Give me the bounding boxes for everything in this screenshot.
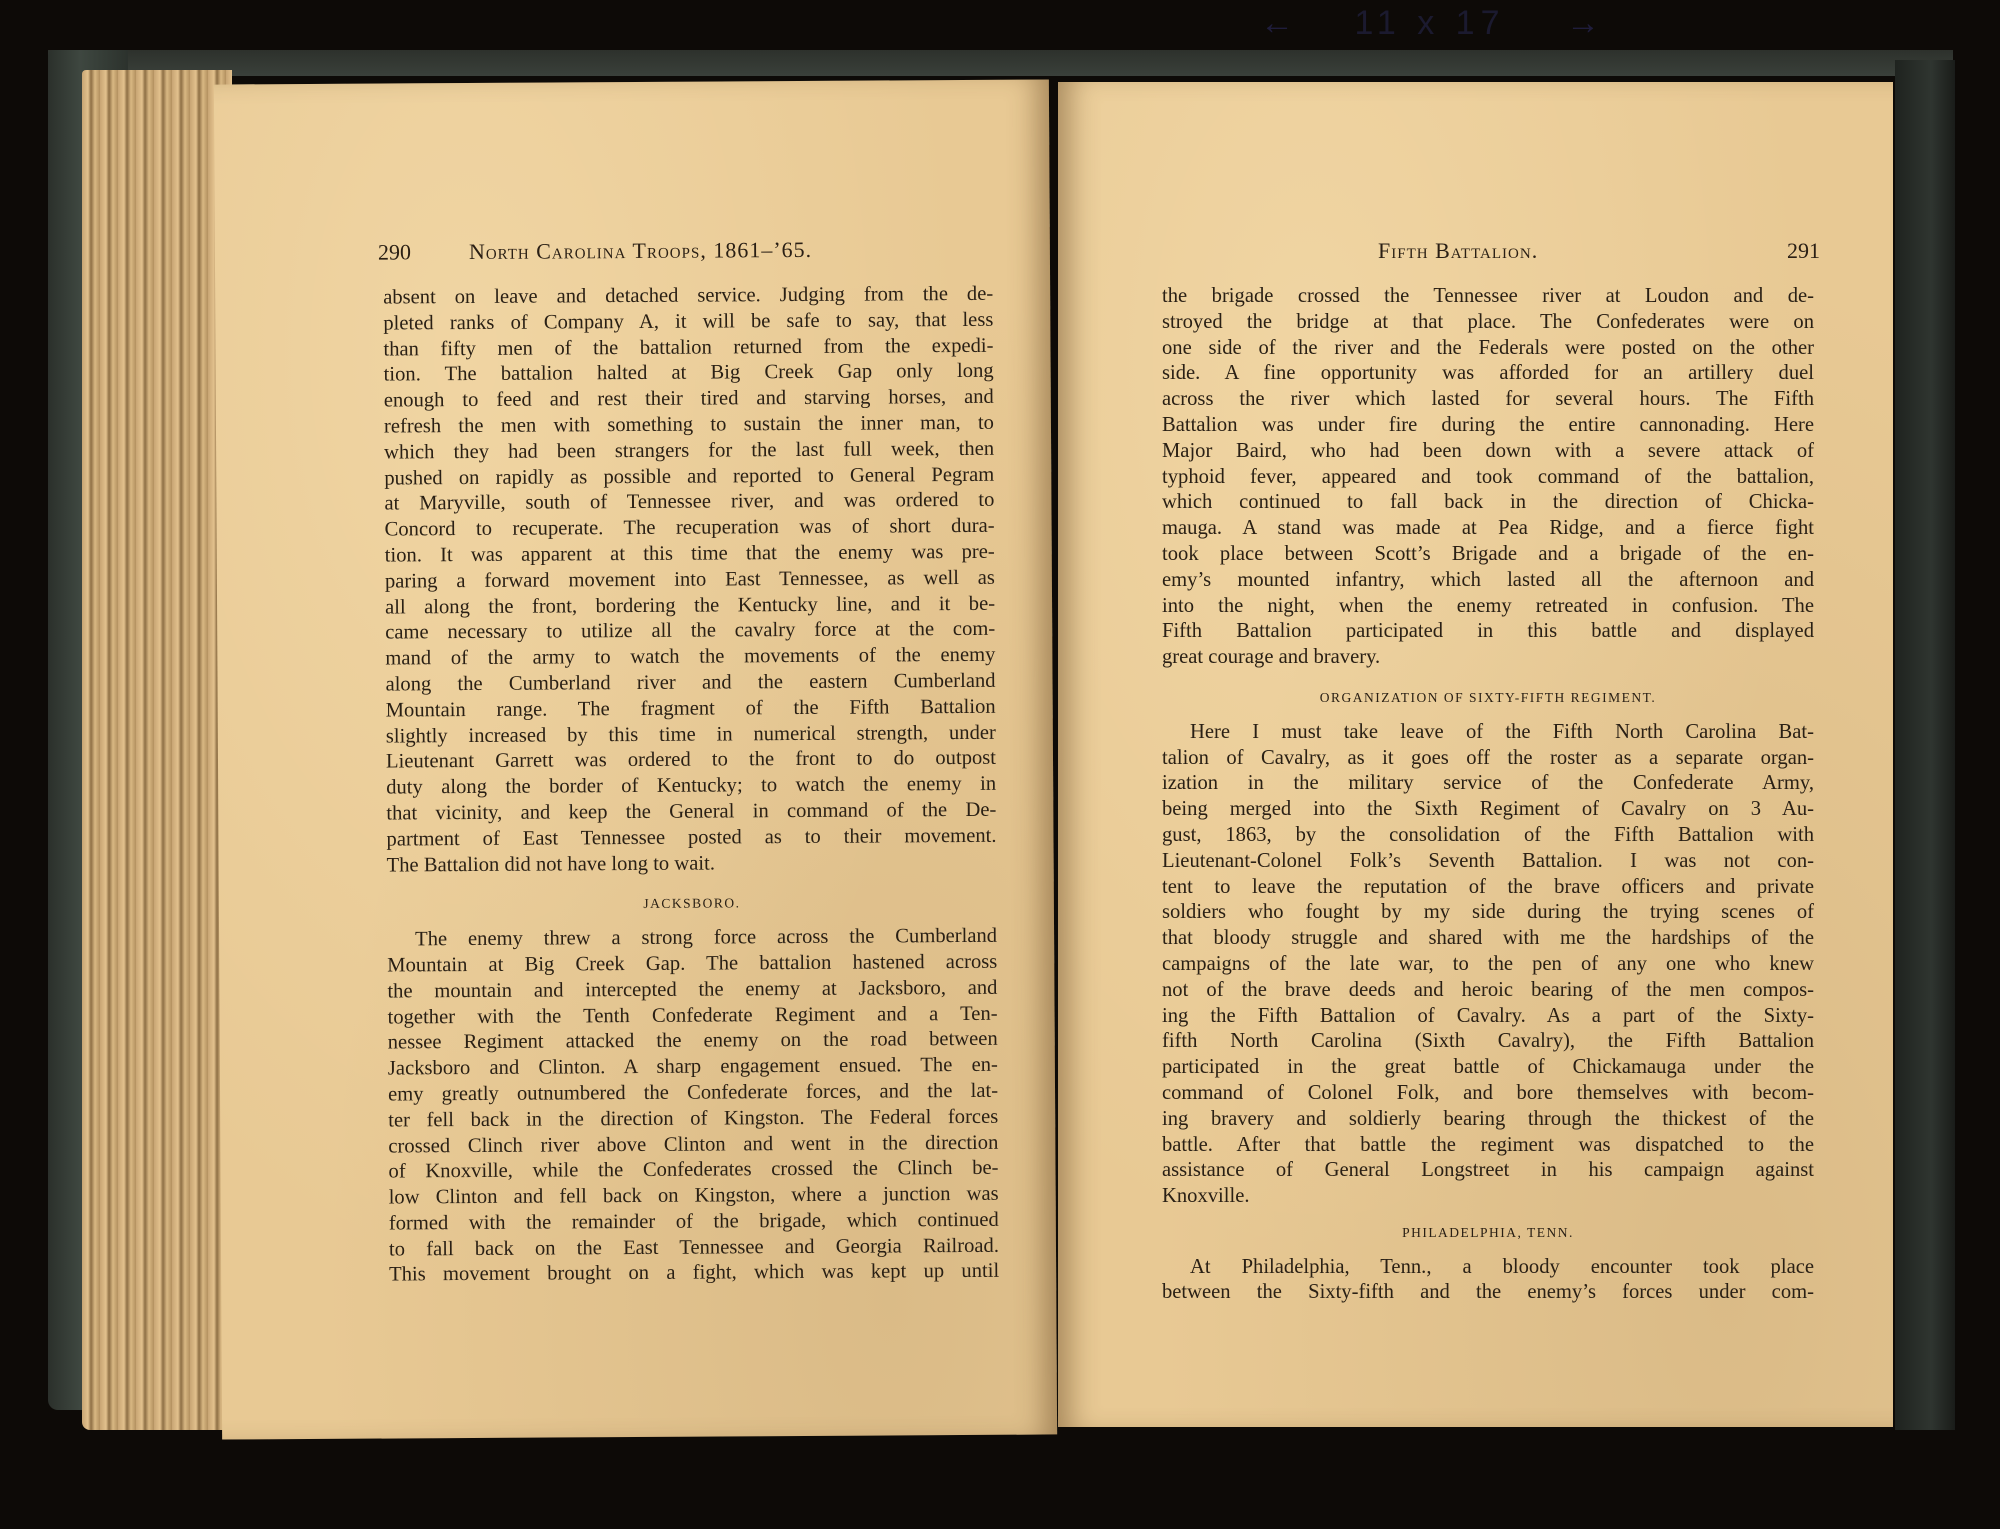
text-line: The Battalion did not have long to wait. — [387, 849, 997, 879]
text-line: the mountain and intercepted the enemy a… — [387, 976, 997, 1006]
text-line: emy’s mounted infantry, which lasted all… — [1162, 568, 1814, 594]
text-line: being merged into the Sixth Regiment of … — [1162, 797, 1814, 823]
text-line: that bloody struggle and shared with me … — [1162, 926, 1814, 952]
text-line: paring a forward movement into East Tenn… — [385, 566, 995, 596]
text-line: to fall back on the East Tennessee and G… — [389, 1233, 999, 1263]
next-arrow-icon[interactable]: → — [1566, 4, 1600, 43]
text-line: participated in the great battle of Chic… — [1162, 1055, 1814, 1081]
text-line: Concord to recuperate. The recuperation … — [385, 514, 995, 544]
text-line: mand of the army to watch the movements … — [385, 643, 995, 673]
text-line: great courage and bravery. — [1162, 645, 1814, 671]
text-line: that vicinity, and keep the General in c… — [386, 798, 996, 828]
text-line: of Knoxville, while the Confederates cro… — [388, 1156, 998, 1186]
right-page-body: the brigade crossed the Tennessee river … — [1162, 284, 1814, 1306]
text-line: ter fell back in the direction of Kingst… — [388, 1104, 998, 1134]
text-line: Here I must take leave of the Fifth Nort… — [1162, 720, 1814, 746]
text-line: pleted ranks of Company A, it will be sa… — [383, 308, 993, 338]
text-line: ing bravery and soldierly bearing throug… — [1162, 1107, 1814, 1133]
left-running-header: 290 North Carolina Troops, 1861–’65. — [378, 236, 1018, 266]
text-line: Battalion was under fire during the enti… — [1162, 413, 1814, 439]
text-line: nessee Regiment attacked the enemy on th… — [388, 1027, 998, 1057]
text-line: one side of the river and the Federals w… — [1162, 336, 1814, 362]
left-page: 290 North Carolina Troops, 1861–’65. abs… — [214, 79, 1057, 1439]
section-heading-organization: ORGANIZATION OF SIXTY-FIFTH REGIMENT. — [1162, 685, 1814, 711]
text-line: soldiers who fought by my side during th… — [1162, 900, 1814, 926]
right-running-head-title: Fifth Battalion. — [1378, 238, 1538, 264]
text-line: which continued to fall back in the dire… — [1162, 490, 1814, 516]
left-page-number: 290 — [378, 239, 411, 265]
text-line: campaigns of the late war, to the pen of… — [1162, 952, 1814, 978]
right-paragraph-1: the brigade crossed the Tennessee river … — [1162, 284, 1814, 671]
text-line: fifth North Carolina (Sixth Cavalry), th… — [1162, 1029, 1814, 1055]
text-line: battle. After that battle the regiment w… — [1162, 1133, 1814, 1159]
left-page-body: absent on leave and detached service. Ju… — [383, 282, 999, 1289]
text-line: The enemy threw a strong force across th… — [387, 924, 997, 954]
text-line: Knoxville. — [1162, 1184, 1814, 1210]
page-size-label: 11 x 17 — [1354, 4, 1505, 43]
text-line: pushed on rapidly as possible and report… — [384, 462, 994, 492]
text-line: talion of Cavalry, as it goes off the ro… — [1162, 746, 1814, 772]
left-paragraph-2: The enemy threw a strong force across th… — [387, 924, 999, 1289]
text-line: Jacksboro and Clinton. A sharp engagemen… — [388, 1053, 998, 1083]
text-line: gust, 1863, by the consolidation of the … — [1162, 823, 1814, 849]
text-line: enough to feed and rest their tired and … — [384, 385, 994, 415]
page-size-indicator: ← 11 x 17 → — [1260, 4, 1600, 42]
text-line: duty along the border of Kentucky; to wa… — [386, 772, 996, 802]
text-line: low Clinton and fell back on Kingston, w… — [389, 1182, 999, 1212]
right-running-header: Fifth Battalion. 291 — [1378, 238, 1820, 264]
text-line: tion. It was apparent at this time that … — [385, 540, 995, 570]
book-cover-right — [1895, 60, 1955, 1430]
text-line: typhoid fever, appeared and took command… — [1162, 465, 1814, 491]
text-line: Lieutenant-Colonel Folk’s Seventh Battal… — [1162, 849, 1814, 875]
section-heading-jacksboro: JACKSBORO. — [387, 889, 997, 919]
text-line: refresh the men with something to sustai… — [384, 411, 994, 441]
text-line: Major Baird, who had been down with a se… — [1162, 439, 1814, 465]
left-paragraph-1: absent on leave and detached service. Ju… — [383, 282, 997, 879]
text-line: along the Cumberland river and the easte… — [385, 669, 995, 699]
text-line: formed with the remainder of the brigade… — [389, 1208, 999, 1238]
text-line: into the night, when the enemy retreated… — [1162, 594, 1814, 620]
text-line: tent to leave the reputation of the brav… — [1162, 875, 1814, 901]
text-line: ization in the military service of the C… — [1162, 771, 1814, 797]
text-line: assistance of General Longstreet in his … — [1162, 1158, 1814, 1184]
text-line: not of the brave deeds and heroic bearin… — [1162, 978, 1814, 1004]
text-line: stroyed the bridge at that place. The Co… — [1162, 310, 1814, 336]
text-line: which they had been strangers for the la… — [384, 437, 994, 467]
text-line: Fifth Battalion participated in this bat… — [1162, 619, 1814, 645]
text-line: mauga. A stand was made at Pea Ridge, an… — [1162, 516, 1814, 542]
text-line: This movement brought on a fight, which … — [389, 1259, 999, 1289]
text-line: command of Colonel Folk, and bore themse… — [1162, 1081, 1814, 1107]
text-line: across the river which lasted for severa… — [1162, 387, 1814, 413]
text-line: crossed Clinch river above Clinton and w… — [388, 1130, 998, 1160]
text-line: absent on leave and detached service. Ju… — [383, 282, 993, 312]
text-line: took place between Scott’s Brigade and a… — [1162, 542, 1814, 568]
book-cover-top — [48, 50, 1953, 76]
text-line: partment of East Tennessee posted as to … — [386, 824, 996, 854]
text-line: side. A fine opportunity was afforded fo… — [1162, 361, 1814, 387]
text-line: at Maryville, south of Tennessee river, … — [384, 488, 994, 518]
right-page: Fifth Battalion. 291 the brigade crossed… — [1058, 82, 1893, 1427]
right-paragraph-3: At Philadelphia, Tenn., a bloody encount… — [1162, 1255, 1814, 1307]
text-line: the brigade crossed the Tennessee river … — [1162, 284, 1814, 310]
section-heading-philadelphia: PHILADELPHIA, TENN. — [1162, 1220, 1814, 1246]
right-page-number: 291 — [1787, 238, 1820, 264]
text-line: slightly increased by this time in numer… — [386, 720, 996, 750]
text-line: Mountain range. The fragment of the Fift… — [386, 695, 996, 725]
text-line: Lieutenant Garrett was ordered to the fr… — [386, 746, 996, 776]
left-running-head-title: North Carolina Troops, 1861–’65. — [469, 237, 812, 265]
text-line: tion. The battalion halted at Big Creek … — [384, 359, 994, 389]
text-line: came necessary to utilize all the cavalr… — [385, 617, 995, 647]
text-line: ing the Fifth Battalion of Cavalry. As a… — [1162, 1004, 1814, 1030]
text-line: At Philadelphia, Tenn., a bloody encount… — [1162, 1255, 1814, 1281]
text-line: Mountain at Big Creek Gap. The battalion… — [387, 950, 997, 980]
text-line: emy greatly outnumbered the Confederate … — [388, 1079, 998, 1109]
previous-arrow-icon[interactable]: ← — [1260, 4, 1294, 43]
text-line: together with the Tenth Confederate Regi… — [387, 1001, 997, 1031]
text-line: between the Sixty-fifth and the enemy’s … — [1162, 1280, 1814, 1306]
text-line: all along the front, bordering the Kentu… — [385, 591, 995, 621]
page-edges-stack — [82, 70, 232, 1430]
text-line: than fifty men of the battalion returned… — [383, 333, 993, 363]
right-paragraph-2: Here I must take leave of the Fifth Nort… — [1162, 720, 1814, 1210]
